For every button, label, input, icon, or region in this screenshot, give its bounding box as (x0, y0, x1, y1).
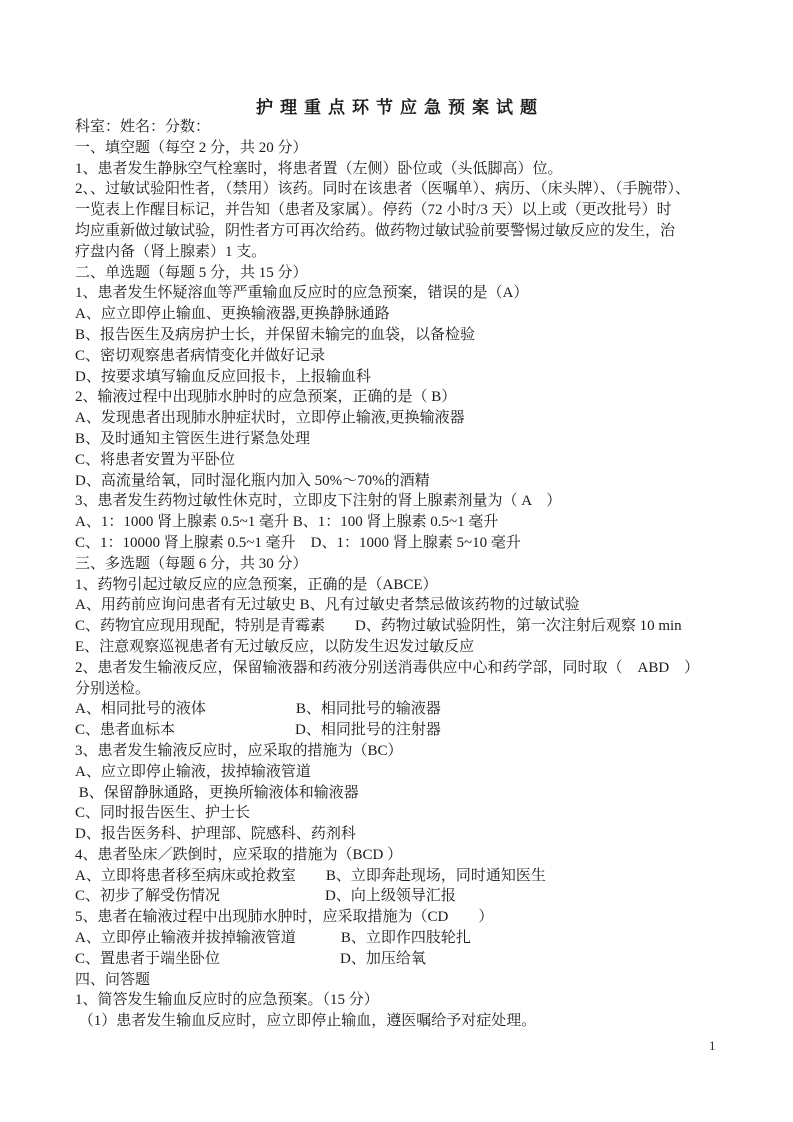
document-line: D、报告医务科、护理部、院感科、药剂科 (75, 824, 743, 845)
document-line: C、药物宜应现用现配，特别是青霉素 D、药物过敏试验阴性，第一次注射后观察 10… (75, 616, 743, 637)
document-line: 三、多选题（每题 6 分，共 30 分） (75, 554, 743, 575)
document-line: A、相同批号的液体 B、相同批号的输液器 (75, 699, 743, 720)
document-line: 1、简答发生输血反应时的应急预案。（15 分） (75, 990, 743, 1011)
document-page: 护理重点环节应急预案试题 科室：姓名：分数：一、填空题（每空 2 分，共 20 … (0, 0, 793, 1122)
document-line: 3、患者发生药物过敏性休克时，立即皮下注射的肾上腺素剂量为（ A ） (75, 491, 743, 512)
document-line: 3、患者发生输液反应时，应采取的措施为（BC） (75, 741, 743, 762)
document-line: D、按要求填写输血反应回报卡，上报输血科 (75, 367, 743, 388)
document-line: 一览表上作醒目标记，并告知（患者及家属）。停药（72 小时/3 天）以上或（更改… (75, 200, 743, 221)
document-line: A、应立即停止输血、更换输液器,更换静脉通路 (75, 304, 743, 325)
document-line: B、保留静脉通路，更换所输液体和输液器 (75, 783, 743, 804)
document-line: A、1：1000 肾上腺素 0.5~1 毫升 B、1：100 肾上腺素 0.5~… (75, 512, 743, 533)
document-line: 四、问答题 (75, 970, 743, 991)
document-line: E、注意观察巡视患者有无过敏反应，以防发生迟发过敏反应 (75, 637, 743, 658)
page-number: 1 (709, 1038, 716, 1054)
document-line: 1、患者发生怀疑溶血等严重输血反应时的应急预案，错误的是（A） (75, 283, 743, 304)
document-line: C、初步了解受伤情况 D、向上级领导汇报 (75, 886, 743, 907)
document-line: 二、单选题（每题 5 分，共 15 分） (75, 263, 743, 284)
document-line: 疗盘内备（肾上腺素）1 支。 (75, 242, 743, 263)
document-line: B、及时通知主管医生进行紧急处理 (75, 429, 743, 450)
document-line: C、密切观察患者病情变化并做好记录 (75, 346, 743, 367)
document-line: A、发现患者出现肺水肿症状时，立即停止输液,更换输液器 (75, 408, 743, 429)
document-line: 2、输液过程中出现肺水肿时的应急预案，正确的是（ B） (75, 387, 743, 408)
document-line: C、患者血标本 D、相同批号的注射器 (75, 720, 743, 741)
document-line: 科室：姓名：分数： (75, 117, 743, 138)
document-line: （1）患者发生输血反应时，应立即停止输血，遵医嘱给予对症处理。 (75, 1011, 743, 1032)
document-line: A、应立即停止输液，拔掉输液管道 (75, 762, 743, 783)
document-body: 科室：姓名：分数：一、填空题（每空 2 分，共 20 分）1、患者发生静脉空气栓… (75, 117, 743, 1032)
document-line: 一、填空题（每空 2 分，共 20 分） (75, 138, 743, 159)
document-line: D、高流量给氧，同时湿化瓶内加入 50%～70%的酒精 (75, 471, 743, 492)
document-line: C、置患者于端坐卧位 D、加压给氧 (75, 949, 743, 970)
document-line: C、同时报告医生、护士长 (75, 803, 743, 824)
document-line: 4、患者坠床／跌倒时，应采取的措施为（BCD ） (75, 845, 743, 866)
document-line: B、报告医生及病房护士长，并保留未输完的血袋，以备检验 (75, 325, 743, 346)
document-line: A、立即将患者移至病床或抢救室 B、立即奔赴现场，同时通知医生 (75, 866, 743, 887)
document-line: A、用药前应询问患者有无过敏史 B、凡有过敏史者禁忌做该药物的过敏试验 (75, 595, 743, 616)
document-line: 5、患者在输液过程中出现肺水肿时，应采取措施为（CD ） (75, 907, 743, 928)
page-title: 护理重点环节应急预案试题 (0, 93, 793, 118)
document-line: A、立即停止输液并拔掉输液管道 B、立即作四肢轮扎 (75, 928, 743, 949)
document-line: 1、药物引起过敏反应的应急预案，正确的是（ABCE） (75, 575, 743, 596)
document-line: 1、患者发生静脉空气栓塞时，将患者置（左侧）卧位或（头低脚高）位。 (75, 159, 743, 180)
document-line: 2、、过敏试验阳性者，（禁用）该药。同时在该患者（医嘱单）、病历、（床头牌）、（… (75, 179, 743, 200)
document-line: 2、患者发生输液反应，保留输液器和药液分别送消毒供应中心和药学部，同时取（ AB… (75, 658, 743, 679)
document-line: C、1：10000 肾上腺素 0.5~1 毫升 D、1：1000 肾上腺素 5~… (75, 533, 743, 554)
document-line: 均应重新做过敏试验，阴性者方可再次给药。做药物过敏试验前要警惕过敏反应的发生，治 (75, 221, 743, 242)
document-line: 分别送检。 (75, 679, 743, 700)
document-line: C、将患者安置为平卧位 (75, 450, 743, 471)
